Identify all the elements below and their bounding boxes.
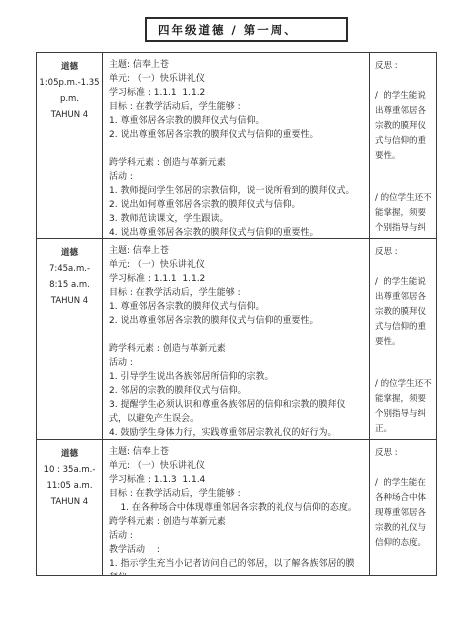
- lesson-plan-cell: 主题: 信奉上苍单元: （一）快乐讲礼仪学习标准 : 1.1.1 1.1.2目标…: [103, 53, 370, 238]
- lesson-plan-line: 活动 :: [109, 529, 363, 543]
- lesson-plan-line: 单元: （一）快乐讲礼仪: [109, 72, 363, 86]
- session-info-line: 8:15 a.m.: [37, 277, 102, 293]
- lesson-plan-line: 目标 : 在教学活动后，学生能够 :: [109, 286, 363, 300]
- reflection-heading: 反思 :: [375, 59, 432, 74]
- session-info-cell: 道德10 : 35a.m.-11:05 a.m.TAHUN 4: [37, 440, 103, 575]
- lesson-plan-line: 主题: 信奉上苍: [109, 244, 363, 258]
- session-info-cell: 道德7:45a.m.-8:15 a.m.TAHUN 4: [37, 239, 103, 439]
- table-row: 道德1:05p.m.-1.35p.m.TAHUN 4 主题: 信奉上苍单元: （…: [37, 53, 436, 238]
- reflection-paragraphs: / 的学生能说出尊重邻居各宗教的膜拜仪式与信仰的重要性。/ 的位学生还不能掌握，…: [375, 89, 432, 238]
- lesson-plan-line: 单元: （一）快乐讲礼仪: [109, 459, 363, 473]
- lesson-plan-line: 主题: 信奉上苍: [109, 445, 363, 459]
- lesson-plan-line: [109, 328, 363, 342]
- lesson-plan-line: 4. 说出尊重邻居各宗教的膜拜仪式与信仰的重要性。: [109, 226, 363, 238]
- table-row: 道德7:45a.m.-8:15 a.m.TAHUN 4 主题: 信奉上苍单元: …: [37, 238, 436, 439]
- lesson-plan-line: 跨学科元素 : 创造与革新元素: [109, 156, 363, 170]
- lesson-plan-line: 学习标准 : 1.1.1 1.1.2: [109, 86, 363, 100]
- lesson-plan-line: 1. 教师提问学生邻居的宗教信仰，说一说所看到的膜拜仪式。: [109, 184, 363, 198]
- lesson-plan-line: 1. 尊重邻居各宗教的膜拜仪式与信仰。: [109, 114, 363, 128]
- lesson-plan-line: 主题: 信奉上苍: [109, 58, 363, 72]
- reflection-heading: 反思 :: [375, 245, 432, 260]
- lesson-plan-line: 活动 :: [109, 356, 363, 370]
- reflection-paragraph: / 的位学生还不能掌握，须要个别指导与纠正。: [375, 377, 432, 437]
- session-info-line: TAHUN 4: [37, 293, 102, 309]
- lesson-plan-line: 学习标准 : 1.1.3 1.1.4: [109, 473, 363, 487]
- lesson-plan-line: 4. 鼓励学生身体力行，实践尊重邻居宗教礼仪的好行为。: [109, 426, 363, 439]
- page-title: 四年级道德 / 第一周、: [158, 22, 298, 38]
- lesson-plan-line: 1. 尊重邻居各宗教的膜拜仪式与信仰。: [109, 300, 363, 314]
- lesson-plan-line: 1. 指示学生充当小记者访问自己的邻居，以了解各族邻居的膜拜仪: [109, 557, 363, 575]
- session-info-cell: 道德1:05p.m.-1.35p.m.TAHUN 4: [37, 53, 103, 238]
- lesson-plan-line: 单元: （一）快乐讲礼仪: [109, 258, 363, 272]
- page-title-box: 四年级道德 / 第一周、: [145, 17, 348, 42]
- lesson-plan-line: 3. 教师范读课文，学生跟读。: [109, 212, 363, 226]
- session-info-line: 10 : 35a.m.-: [37, 462, 102, 478]
- lesson-plan-line: 活动 :: [109, 170, 363, 184]
- reflection-cell: 反思 : / 的学生能说出尊重邻居各宗教的膜拜仪式与信仰的重要性。/ 的位学生还…: [370, 53, 436, 238]
- session-info-line: p.m.: [37, 91, 102, 107]
- lesson-plan-line: 目标 : 在教学活动后，学生能够 :: [109, 487, 363, 501]
- session-info-line: 道德: [37, 59, 102, 75]
- lesson-plan-line: 2. 说出尊重邻居各宗教的膜拜仪式与信仰的重要性。: [109, 314, 363, 328]
- document-page: 四年级道德 / 第一周、 道德1:05p.m.-1.35p.m.TAHUN 4 …: [0, 0, 474, 632]
- reflection-paragraph: / 的学生能说出尊重邻居各宗教的膜拜仪式与信仰的重要性。: [375, 275, 432, 350]
- lesson-plan-line: 学习标准 : 1.1.1 1.1.2: [109, 272, 363, 286]
- lesson-plan-table: 道德1:05p.m.-1.35p.m.TAHUN 4 主题: 信奉上苍单元: （…: [36, 52, 437, 576]
- reflection-paragraph: / 的学生能说出尊重邻居各宗教的膜拜仪式与信仰的重要性。: [375, 89, 432, 164]
- lesson-plan-line: 2. 邻居的宗教的膜拜仪式与信仰。: [109, 384, 363, 398]
- lesson-plan-line: 2. 说出如何尊重邻居各宗教的膜拜仪式与信仰。: [109, 198, 363, 212]
- reflection-paragraphs: / 的学生能在各种场合中体现尊重邻居各宗教的礼仪与信仰的态度。: [375, 476, 432, 551]
- table-row: 道德10 : 35a.m.-11:05 a.m.TAHUN 4 主题: 信奉上苍…: [37, 439, 436, 575]
- lesson-plan-line: 跨学科元素 : 创造与革新元素: [109, 342, 363, 356]
- session-info-line: 道德: [37, 446, 102, 462]
- lesson-plan-line: 1. 引导学生说出各族邻居所信仰的宗教。: [109, 370, 363, 384]
- lesson-plan-line: 目标 : 在教学活动后，学生能够 :: [109, 100, 363, 114]
- reflection-paragraphs: / 的学生能说出尊重邻居各宗教的膜拜仪式与信仰的重要性。/ 的位学生还不能掌握，…: [375, 275, 432, 437]
- lesson-plan-cell: 主题: 信奉上苍单元: （一）快乐讲礼仪学习标准 : 1.1.1 1.1.2目标…: [103, 239, 370, 439]
- lesson-plan-line: 教学活动 :: [109, 543, 363, 557]
- reflection-cell: 反思 : / 的学生能说出尊重邻居各宗教的膜拜仪式与信仰的重要性。/ 的位学生还…: [370, 239, 436, 439]
- lesson-plan-line: 2. 说出尊重邻居各宗教的膜拜仪式与信仰的重要性。: [109, 128, 363, 142]
- reflection-paragraph: / 的位学生还不能掌握，须要个别指导与纠正。: [375, 191, 432, 238]
- lesson-plan-line: 3. 提醒学生必须认识和尊重各族邻居的信仰和宗教的膜拜仪式，以避免产生误会。: [109, 398, 363, 426]
- reflection-cell: 反思 : / 的学生能在各种场合中体现尊重邻居各宗教的礼仪与信仰的态度。: [370, 440, 436, 575]
- reflection-paragraph: / 的学生能在各种场合中体现尊重邻居各宗教的礼仪与信仰的态度。: [375, 476, 432, 551]
- session-info-line: 1:05p.m.-1.35: [37, 75, 102, 91]
- lesson-plan-line: [109, 142, 363, 156]
- session-info-line: 7:45a.m.-: [37, 261, 102, 277]
- session-info-line: TAHUN 4: [37, 107, 102, 123]
- session-info-line: 道德: [37, 245, 102, 261]
- reflection-heading: 反思 :: [375, 446, 432, 461]
- lesson-plan-line: 跨学科元素 : 创造与革新元素: [109, 515, 363, 529]
- lesson-plan-line: 1. 在各种场合中体现尊重邻居各宗教的礼仪与信仰的态度。: [109, 501, 363, 515]
- session-info-line: TAHUN 4: [37, 494, 102, 510]
- session-info-line: 11:05 a.m.: [37, 478, 102, 494]
- lesson-plan-cell: 主题: 信奉上苍单元: （一）快乐讲礼仪学习标准 : 1.1.3 1.1.4目标…: [103, 440, 370, 575]
